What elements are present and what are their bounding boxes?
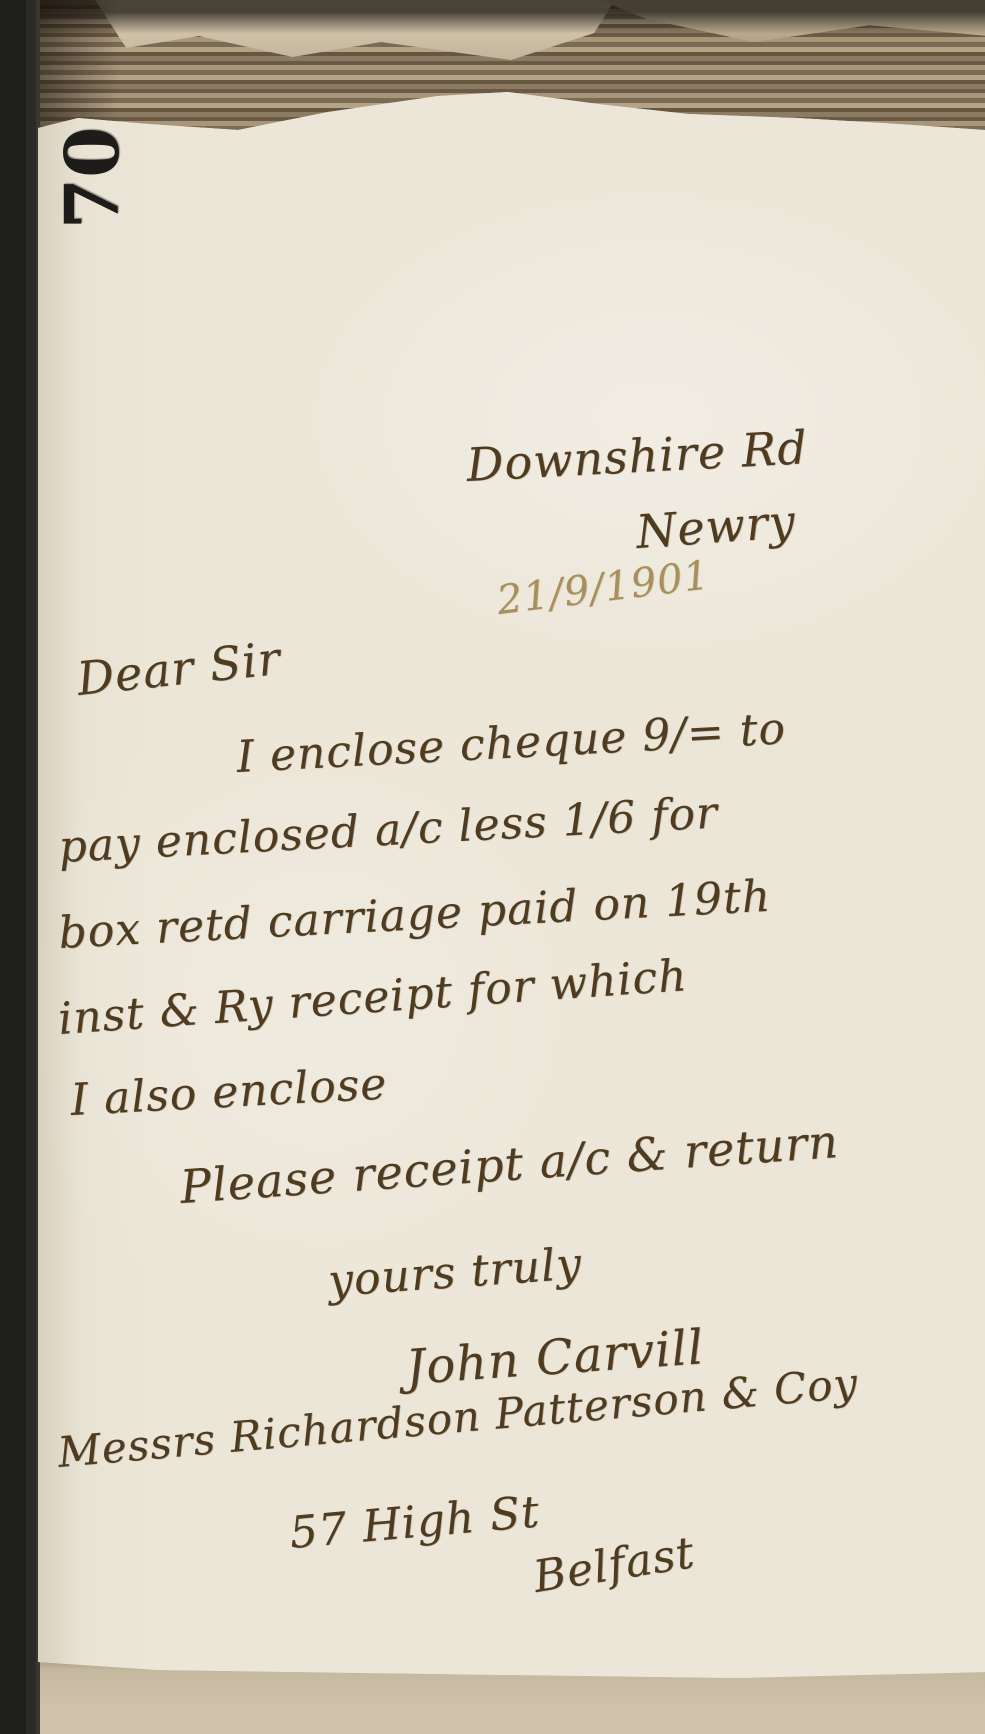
binding-edge xyxy=(0,0,40,1734)
address-line-2: Newry xyxy=(634,494,797,559)
scanned-letter: 70 Downshire Rd Newry 21/9/1901 Dear Sir… xyxy=(0,0,985,1734)
page-number: 70 xyxy=(33,123,153,233)
